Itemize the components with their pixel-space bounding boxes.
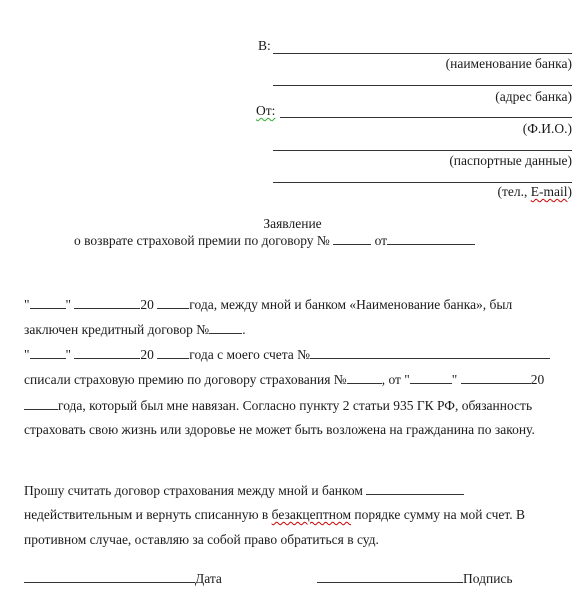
credit-month-field[interactable] — [74, 296, 140, 309]
date-label: Дата — [195, 571, 222, 586]
passport-caption: (паспортные данные) — [449, 153, 572, 169]
paragraph-text: списали страховую премию по договору стр… — [24, 372, 347, 387]
paragraph-text: заключен кредитный договор № — [24, 322, 209, 337]
contact-field[interactable] — [273, 182, 572, 183]
to-label: В: — [258, 38, 271, 54]
contract-date-field[interactable] — [387, 232, 475, 245]
insurance-contract-number-field[interactable] — [347, 371, 382, 384]
paragraph-text: Прошу считать договор страхования между … — [24, 483, 366, 498]
credit-contract-number-field[interactable] — [209, 321, 242, 334]
document-title: Заявление — [0, 216, 585, 232]
year-prefix: 20 — [140, 347, 157, 362]
document-subtitle: о возврате страховой премии по договору … — [74, 232, 475, 249]
paragraph-text: года, между мной и банком «Наименование … — [189, 297, 512, 312]
insurance-month-field[interactable] — [461, 371, 531, 384]
paragraph-text: года с моего счета № — [189, 347, 310, 362]
passport-field[interactable] — [273, 150, 572, 151]
quote: " — [66, 347, 75, 362]
contact-caption: (тел., E-mail) — [498, 184, 573, 200]
paragraph1-line3: "" 20 года с моего счета № — [24, 346, 550, 363]
subtitle-from: от — [371, 233, 387, 248]
bank-name-inline-field[interactable] — [366, 482, 464, 495]
bank-address-caption: (адрес банка) — [495, 89, 572, 105]
debit-month-field[interactable] — [74, 346, 140, 359]
insurance-day-field[interactable] — [410, 371, 452, 384]
bank-name-caption: (наименование банка) — [446, 56, 572, 72]
paragraph2-line3: противном случае, оставляю за собой прав… — [24, 532, 379, 548]
bank-address-field[interactable] — [273, 85, 572, 86]
debit-day-field[interactable] — [30, 346, 66, 359]
contact-caption-prefix: (тел., — [498, 184, 531, 199]
contact-caption-email: E-mail — [531, 184, 568, 199]
paragraph-text: , от " — [382, 372, 410, 387]
date-block: Дата — [24, 570, 222, 587]
signature-label: Подпись — [463, 571, 513, 586]
paragraph2-line1: Прошу считать договор страхования между … — [24, 482, 464, 499]
debit-year-field[interactable] — [157, 346, 189, 359]
from-label: От: — [256, 103, 275, 119]
year-prefix: 20 — [140, 297, 157, 312]
paragraph1-line1: "" 20 года, между мной и банком «Наимено… — [24, 296, 512, 313]
insurance-year-field[interactable] — [24, 397, 58, 410]
contact-caption-suffix: ) — [568, 184, 573, 199]
signature-block: Подпись — [317, 570, 513, 587]
paragraph1-line4: списали страховую премию по договору стр… — [24, 371, 544, 388]
credit-year-field[interactable] — [157, 296, 189, 309]
paragraph-text: недействительным и вернуть списанную в — [24, 507, 272, 522]
paragraph-text-misspelled: безакцептном — [272, 507, 351, 522]
paragraph-text: . — [242, 322, 245, 337]
quote: " — [452, 372, 461, 387]
account-number-field[interactable] — [310, 346, 550, 359]
paragraph1-line6: страховать свою жизнь или здоровье не мо… — [24, 422, 535, 438]
paragraph1-line2: заключен кредитный договор №. — [24, 321, 246, 338]
paragraph-text: страховать свою жизнь или здоровье не мо… — [24, 422, 535, 437]
fio-caption: (Ф.И.О.) — [523, 121, 572, 137]
paragraph2-line2: недействительным и вернуть списанную в б… — [24, 507, 525, 523]
date-field[interactable] — [24, 570, 195, 583]
year-prefix: 20 — [531, 372, 545, 387]
fio-field[interactable] — [280, 117, 572, 118]
paragraph-text: порядке сумму на мой счет. В — [351, 507, 525, 522]
subtitle-text: о возврате страховой премии по договору … — [74, 233, 333, 248]
paragraph-text: года, который был мне навязан. Согласно … — [58, 398, 532, 413]
bank-name-field[interactable] — [273, 53, 572, 54]
contract-number-field[interactable] — [333, 232, 371, 245]
quote: " — [66, 297, 75, 312]
paragraph-text: противном случае, оставляю за собой прав… — [24, 532, 379, 547]
paragraph1-line5: года, который был мне навязан. Согласно … — [24, 397, 532, 414]
credit-day-field[interactable] — [30, 296, 66, 309]
signature-field[interactable] — [317, 570, 463, 583]
